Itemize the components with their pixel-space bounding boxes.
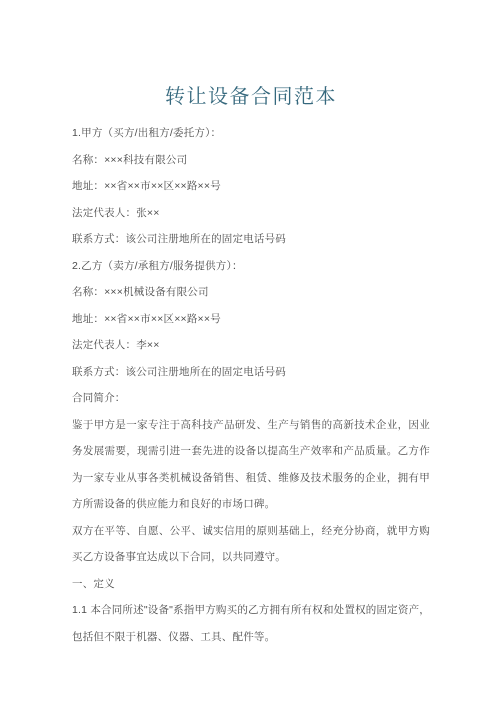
paragraph: 2.乙方（卖方/承租方/服务提供方）： (72, 253, 430, 280)
paragraph: 名称：×××机械设备有限公司 (72, 279, 430, 306)
paragraph: 联系方式：该公司注册地所在的固定电话号码 (72, 226, 430, 253)
paragraph: 法定代表人：李×× (72, 332, 430, 359)
paragraph: 地址：××省××市××区××路××号 (72, 173, 430, 200)
paragraph: 一、定义 (72, 571, 430, 598)
paragraph: 1.甲方（买方/出租方/委托方）： (72, 120, 430, 147)
paragraph: 鉴于甲方是一家专注于高科技产品研发、生产与销售的高新技术企业，因业务发展需要，现… (72, 412, 430, 518)
paragraph: 地址：××省××市××区××路××号 (72, 306, 430, 333)
document-page: 转让设备合同范本 1.甲方（买方/出租方/委托方）：名称：×××科技有限公司地址… (0, 0, 500, 707)
paragraph: 法定代表人：张×× (72, 200, 430, 227)
paragraph: 1.1 本合同所述"设备"系指甲方购买的乙方拥有所有权和处置权的固定资产，包括但… (72, 597, 430, 650)
document-body: 1.甲方（买方/出租方/委托方）：名称：×××科技有限公司地址：××省××市××… (72, 120, 430, 650)
paragraph: 双方在平等、自愿、公平、诚实信用的原则基础上，经充分协商，就甲方购买乙方设备事宜… (72, 518, 430, 571)
paragraph: 名称：×××科技有限公司 (72, 147, 430, 174)
document-title: 转让设备合同范本 (72, 84, 430, 110)
paragraph: 合同简介： (72, 385, 430, 412)
paragraph: 联系方式：该公司注册地所在的固定电话号码 (72, 359, 430, 386)
document-content: 转让设备合同范本 1.甲方（买方/出租方/委托方）：名称：×××科技有限公司地址… (72, 84, 430, 650)
